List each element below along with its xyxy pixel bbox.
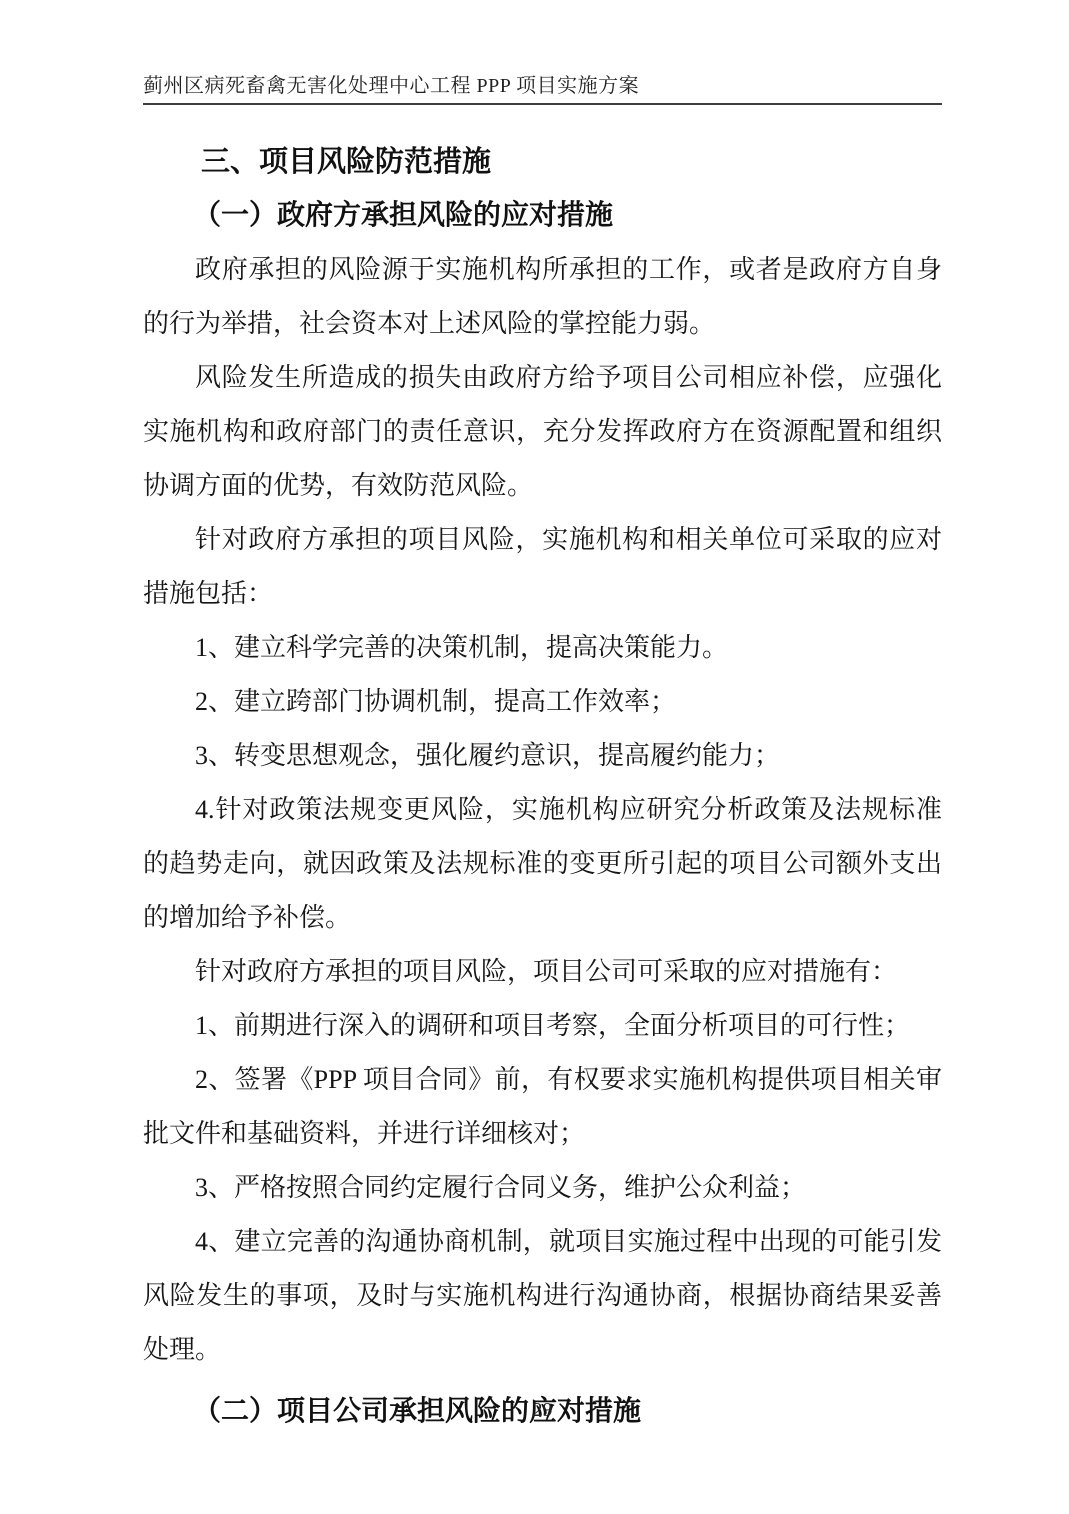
paragraph-government-risk-source: 政府承担的风险源于实施机构所承担的工作，或者是政府方自身的行为举措，社会资本对上…	[143, 243, 942, 351]
document-page: 蓟州区病死畜禽无害化处理中心工程 PPP 项目实施方案 三、项目风险防范措施 （…	[0, 0, 1069, 1514]
page-header: 蓟州区病死畜禽无害化处理中心工程 PPP 项目实施方案	[143, 74, 942, 105]
page-number: 29	[533, 1399, 553, 1421]
page-footer: 29	[143, 1398, 942, 1422]
section-heading: 三、项目风险防范措施	[143, 135, 942, 189]
header-title: 蓟州区病死畜禽无害化处理中心工程 PPP 项目实施方案	[143, 75, 639, 97]
list-item-agency-1: 1、建立科学完善的决策机制，提高决策能力。	[143, 621, 942, 675]
paragraph-company-measures-intro: 针对政府方承担的项目风险，项目公司可采取的应对措施有：	[143, 945, 942, 999]
paragraph-agency-measures-intro: 针对政府方承担的项目风险，实施机构和相关单位可采取的应对措施包括：	[143, 513, 942, 621]
list-item-company-3: 3、严格按照合同约定履行合同义务，维护公众利益；	[143, 1161, 942, 1215]
list-item-agency-2: 2、建立跨部门协调机制，提高工作效率；	[143, 675, 942, 729]
list-item-company-2: 2、签署《PPP 项目合同》前，有权要求实施机构提供项目相关审批文件和基础资料，…	[143, 1053, 942, 1161]
list-item-agency-4: 4.针对政策法规变更风险，实施机构应研究分析政策及法规标准的趋势走向，就因政策及…	[143, 783, 942, 945]
document-body: 三、项目风险防范措施 （一）政府方承担风险的应对措施 政府承担的风险源于实施机构…	[143, 135, 942, 1439]
paragraph-government-compensation: 风险发生所造成的损失由政府方给予项目公司相应补偿，应强化实施机构和政府部门的责任…	[143, 351, 942, 513]
subsection-heading-government: （一）政府方承担风险的应对措施	[143, 189, 942, 243]
list-item-agency-3: 3、转变思想观念，强化履约意识，提高履约能力；	[143, 729, 942, 783]
list-item-company-4: 4、建立完善的沟通协商机制，就项目实施过程中出现的可能引发风险发生的事项，及时与…	[143, 1215, 942, 1377]
list-item-company-1: 1、前期进行深入的调研和项目考察，全面分析项目的可行性；	[143, 999, 942, 1053]
